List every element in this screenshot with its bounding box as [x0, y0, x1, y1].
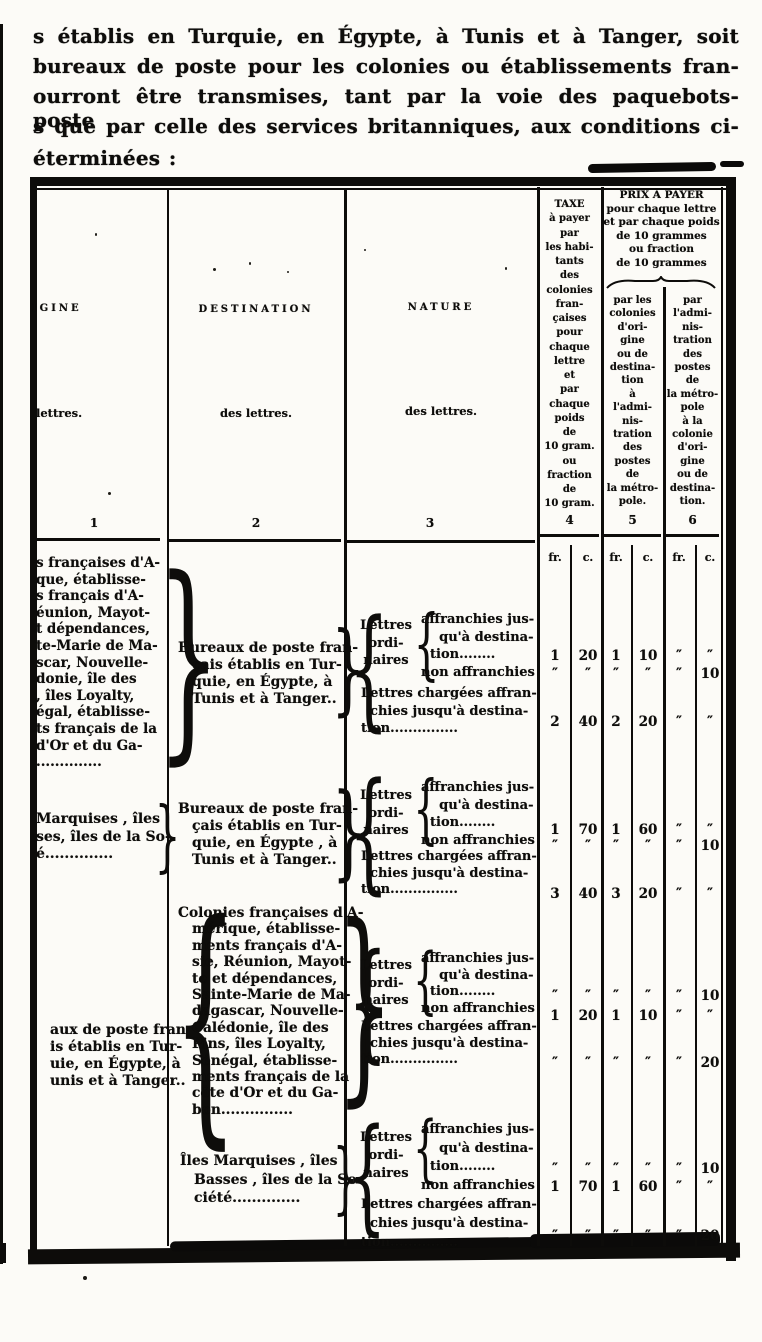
column-number: 1 — [34, 516, 154, 530]
column-number: 4 — [537, 513, 602, 527]
tariff-value: ″ — [666, 1161, 692, 1177]
tariff-value: ″ — [542, 1055, 568, 1071]
tariff-value: 20 — [635, 714, 661, 730]
tariff-value: ″ — [542, 1228, 568, 1244]
tariff-value: ″ — [666, 714, 692, 730]
page-edge-mark — [0, 24, 3, 1264]
tariff-value: ″ — [575, 666, 601, 682]
tariff-value: 70 — [575, 1179, 601, 1195]
column-number-rule — [603, 534, 661, 537]
tariff-value: ″ — [666, 666, 692, 682]
value-row: ″″″″″10 — [30, 988, 736, 1006]
header-nature-title: NATURE — [344, 302, 538, 313]
intro-line: s que par celle des services britannique… — [33, 114, 739, 144]
tariff-value: ″ — [635, 838, 661, 854]
column-number: 3 — [340, 516, 520, 530]
tariff-value: 2 — [603, 714, 629, 730]
unit-label: fr. — [542, 551, 568, 564]
tariff-value: ″ — [603, 838, 629, 854]
column-number: 6 — [663, 513, 722, 527]
tariff-value: 70 — [575, 822, 601, 838]
value-row: ″″″″″10 — [30, 666, 736, 684]
tariff-value: ″ — [697, 1008, 723, 1024]
value-row: ″″″″″10 — [30, 1161, 736, 1179]
tariff-value: ″ — [542, 838, 568, 854]
header-col6-text: par l'admi- nis- tration des postes de l… — [663, 294, 722, 509]
tariff-value: ″ — [542, 1161, 568, 1177]
tariff-value: 20 — [697, 1228, 723, 1244]
prix-brace — [605, 276, 717, 290]
value-row: 170160″″ — [30, 1179, 736, 1197]
tariff-value: ″ — [697, 822, 723, 838]
tariff-value: ″ — [666, 648, 692, 664]
header-des-lettres: lettres. — [36, 406, 82, 420]
tariff-value: ″ — [666, 1228, 692, 1244]
tariff-value: ″ — [697, 1179, 723, 1195]
tariff-value: ″ — [666, 988, 692, 1004]
tariff-value: 1 — [603, 822, 629, 838]
column-number-rule — [36, 538, 160, 541]
tariff-value: 1 — [542, 648, 568, 664]
unit-label: c. — [575, 551, 601, 564]
tariff-value: 40 — [575, 886, 601, 902]
tariff-value: ″ — [666, 838, 692, 854]
header-prix-text: PRIX À PAYER pour chaque lettre et par c… — [601, 189, 722, 270]
tariff-value: ″ — [575, 1161, 601, 1177]
unit-label: fr. — [603, 551, 629, 564]
unit-label: c. — [697, 551, 723, 564]
tariff-value: 3 — [542, 886, 568, 902]
header-destination-title: DESTINATION — [167, 304, 345, 315]
tariff-value: ″ — [666, 1055, 692, 1071]
value-row: 240220″″ — [30, 714, 736, 732]
header-taxe-text: TAXE à payer par les habi- tants des col… — [537, 198, 602, 512]
tariff-value: ″ — [603, 1228, 629, 1244]
tariff-value: 10 — [697, 838, 723, 854]
tariff-value: ″ — [697, 886, 723, 902]
tariff-value: ″ — [603, 666, 629, 682]
tariff-value: ″ — [635, 1161, 661, 1177]
tariff-value: 1 — [542, 1008, 568, 1024]
tariff-value: ″ — [542, 988, 568, 1004]
intro-line: bureaux de poste pour les colonies ou ét… — [33, 54, 739, 84]
intro-line: ourront être transmises, tant par la voi… — [33, 84, 739, 114]
value-row: ″″″″″20 — [30, 1228, 736, 1246]
tariff-value: ″ — [635, 988, 661, 1004]
tariff-value: 10 — [697, 988, 723, 1004]
tariff-value: ″ — [635, 1228, 661, 1244]
tariff-value: 10 — [697, 1161, 723, 1177]
tariff-value: ″ — [603, 1055, 629, 1071]
tariff-value: 10 — [635, 1008, 661, 1024]
scanned-document-page: s établis en Turquie, en Égypte, à Tunis… — [0, 0, 762, 1342]
scan-dot — [83, 1276, 87, 1280]
tariff-value: ″ — [603, 988, 629, 1004]
tariff-value: 3 — [603, 886, 629, 902]
tariff-value: ″ — [666, 822, 692, 838]
tariff-value: 60 — [635, 1179, 661, 1195]
tariff-value: 60 — [635, 822, 661, 838]
tariff-value: 20 — [697, 1055, 723, 1071]
tariff-value: 40 — [575, 714, 601, 730]
tariff-value: ″ — [603, 1161, 629, 1177]
tariff-value: ″ — [697, 648, 723, 664]
tariff-value: ″ — [575, 1228, 601, 1244]
table-top-border — [30, 177, 736, 186]
tariff-value: 2 — [542, 714, 568, 730]
tariff-value: 20 — [635, 886, 661, 902]
tariff-value: 10 — [697, 666, 723, 682]
value-row: ″″″″″10 — [30, 838, 736, 856]
tariff-value: ″ — [575, 988, 601, 1004]
tariff-value: 20 — [575, 648, 601, 664]
value-row: 120110″″ — [30, 648, 736, 666]
tariff-value: ″ — [575, 838, 601, 854]
tariff-value: 1 — [542, 1179, 568, 1195]
header-col5-text: par les colonies d'ori- gine ou de desti… — [601, 294, 664, 509]
intro-line: s établis en Turquie, en Égypte, à Tunis… — [33, 24, 739, 54]
header-des-lettres: des lettres. — [167, 406, 345, 420]
tariff-value: ″ — [575, 1055, 601, 1071]
tariff-value: 1 — [603, 648, 629, 664]
tariff-value: ″ — [697, 714, 723, 730]
value-row: 120110″″ — [30, 1008, 736, 1026]
column-number: 5 — [601, 513, 664, 527]
header-des-lettres: des lettres. — [344, 404, 538, 418]
column-number-rule — [347, 540, 535, 543]
tariff-value: ″ — [666, 886, 692, 902]
column-number-rule — [539, 534, 599, 537]
header-origine-title: IGINE — [32, 303, 122, 314]
tariff-value: ″ — [635, 1055, 661, 1071]
unit-label: c. — [635, 551, 661, 564]
tariff-value: 1 — [603, 1008, 629, 1024]
tariff-value: ″ — [542, 666, 568, 682]
tariff-value: 1 — [603, 1179, 629, 1195]
tariff-value: ″ — [666, 1179, 692, 1195]
tariff-value: 10 — [635, 648, 661, 664]
page-edge-mark — [0, 1243, 6, 1263]
tariff-value: 20 — [575, 1008, 601, 1024]
tariff-value: ″ — [666, 1008, 692, 1024]
scan-smudge — [720, 161, 744, 167]
tariff-value: 1 — [542, 822, 568, 838]
column-number-rule — [665, 534, 719, 537]
value-row: ″″″″″20 — [30, 1055, 736, 1073]
tariff-value: ″ — [635, 666, 661, 682]
tariff-table: IGINE DESTINATION NATURE lettres. des le… — [30, 177, 736, 1263]
column-number: 2 — [167, 516, 345, 530]
unit-label: fr. — [666, 551, 692, 564]
